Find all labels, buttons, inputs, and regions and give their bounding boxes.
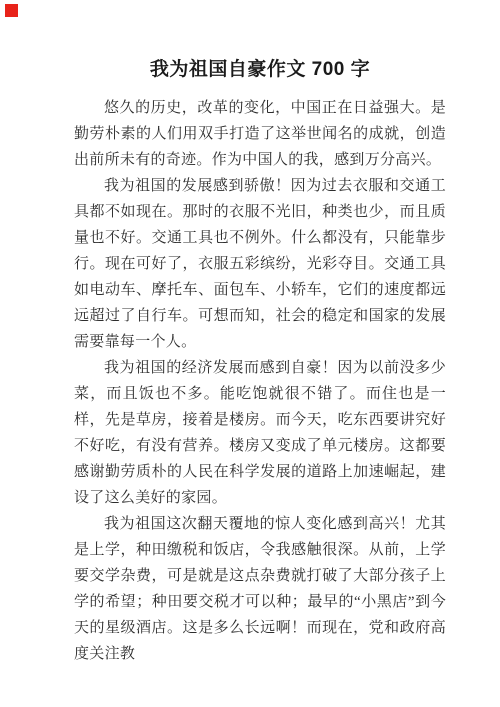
essay-paragraph-3: 我为祖国的经济发展而感到自豪！因为以前没多少菜，而且饭也不多。能吃饱就很不错了。… bbox=[74, 355, 446, 511]
red-corner-marker-icon bbox=[5, 4, 18, 17]
document-page: 我为祖国自豪作文 700 字 悠久的历史，改革的变化，中国正在日益强大。是勤劳朴… bbox=[0, 0, 500, 707]
essay-paragraph-2: 我为祖国的发展感到骄傲！因为过去衣服和交通工具都不如现在。那时的衣服不光旧，种类… bbox=[74, 173, 446, 355]
essay-body: 我为祖国自豪作文 700 字 悠久的历史，改革的变化，中国正在日益强大。是勤劳朴… bbox=[74, 58, 446, 667]
essay-paragraph-1: 悠久的历史，改革的变化，中国正在日益强大。是勤劳朴素的人们用双手打造了这举世闻名… bbox=[74, 95, 446, 173]
essay-paragraph-4: 我为祖国这次翻天覆地的惊人变化感到高兴！尤其是上学，种田缴税和饭店，令我感触很深… bbox=[74, 511, 446, 667]
essay-title: 我为祖国自豪作文 700 字 bbox=[74, 58, 446, 82]
